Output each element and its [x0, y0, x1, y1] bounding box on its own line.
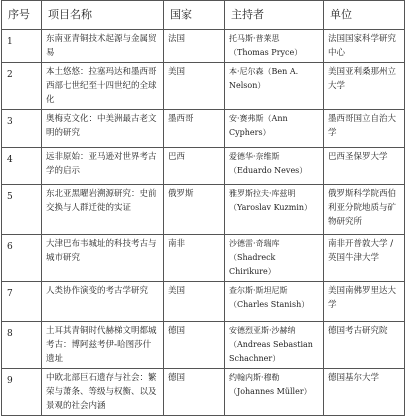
- cell-host: 爱德华·奈维斯（Eduardo Neves）: [225, 148, 324, 185]
- cell-project: 人类协作演变的考古学研究: [42, 282, 164, 322]
- cell-no: 5: [2, 185, 42, 235]
- cell-unit: 巴西圣保罗大学: [324, 148, 405, 185]
- cell-no: 4: [2, 148, 42, 185]
- cell-host: 本·尼尔森（Ben A. Nelson）: [225, 63, 324, 110]
- table-row: 4 远非原始：亚马逊对世界考古学的启示 巴西 爱德华·奈维斯（Eduardo N…: [2, 148, 405, 185]
- cell-host: 雅罗斯拉夫·库兹明（Yaroslav Kuzmin）: [225, 185, 324, 235]
- cell-host: 安·赛弗斯（Ann Cyphers）: [225, 110, 324, 148]
- cell-project: 大津巴布韦城址的科技考古与城市研究: [42, 235, 164, 282]
- header-country: 国家: [164, 1, 225, 30]
- cell-no: 3: [2, 110, 42, 148]
- cell-host: 查尔斯·斯坦尼斯（Charles Stanish）: [225, 282, 324, 322]
- cell-country: 美国: [164, 282, 225, 322]
- cell-project: 东北亚黑曜岩溯源研究：史前交换与人群迁徙的实证: [42, 185, 164, 235]
- cell-project: 奥梅克文化：中美洲最古老文明的研究: [42, 110, 164, 148]
- cell-no: 1: [2, 30, 42, 63]
- cell-project: 本土悠悠：拉塞玛达和墨西哥西部七世纪至十四世纪的全球化: [42, 63, 164, 110]
- cell-host: 托马斯·普莱思（Thomas Pryce）: [225, 30, 324, 63]
- cell-unit: 美国亚利桑那州立大学: [324, 63, 405, 110]
- cell-country: 南非: [164, 235, 225, 282]
- cell-no: 8: [2, 322, 42, 360]
- header-unit: 单位: [324, 1, 405, 30]
- cell-unit: 南非开普敦大学 / 英国牛津大学: [324, 235, 405, 282]
- cell-country: 巴西: [164, 148, 225, 185]
- cell-host: 安德烈亚斯·沙赫纳（Andreas Sebastian Schachner）: [225, 322, 324, 360]
- cell-country: 墨西哥: [164, 110, 225, 148]
- table-row: 1 东南亚青铜技术起源与金属贸易 法国 托马斯·普莱思（Thomas Pryce…: [2, 30, 405, 63]
- projects-table: 序号 项目名称 国家 主持者 单位 1 东南亚青铜技术起源与金属贸易 法国 托马…: [1, 0, 405, 359]
- header-project: 项目名称: [42, 1, 164, 30]
- cell-unit: 墨西哥国立自治大学: [324, 110, 405, 148]
- cell-project: 土耳其青铜时代赫梯文明都城考古：博阿兹考伊-哈图莎什遗址: [42, 322, 164, 360]
- cell-no: 6: [2, 235, 42, 282]
- header-row: 序号 项目名称 国家 主持者 单位: [2, 1, 405, 30]
- cell-country: 俄罗斯: [164, 185, 225, 235]
- cell-unit: 美国南佛罗里达大学: [324, 282, 405, 322]
- cell-unit: 法国国家科学研究中心: [324, 30, 405, 63]
- cell-unit: 俄罗斯科学院西伯利亚分院地质与矿物研究所: [324, 185, 405, 235]
- cell-project: 东南亚青铜技术起源与金属贸易: [42, 30, 164, 63]
- cell-host: 沙德雷·奇瑞库（Shadreck Chirikure）: [225, 235, 324, 282]
- table-row: 2 本土悠悠：拉塞玛达和墨西哥西部七世纪至十四世纪的全球化 美国 本·尼尔森（B…: [2, 63, 405, 110]
- header-host: 主持者: [225, 1, 324, 30]
- cell-country: 德国: [164, 322, 225, 360]
- table-row: 8 土耳其青铜时代赫梯文明都城考古：博阿兹考伊-哈图莎什遗址 德国 安德烈亚斯·…: [2, 322, 405, 360]
- table-row: 6 大津巴布韦城址的科技考古与城市研究 南非 沙德雷·奇瑞库（Shadreck …: [2, 235, 405, 282]
- cell-unit: 德国考古研究院: [324, 322, 405, 360]
- table-row: 3 奥梅克文化：中美洲最古老文明的研究 墨西哥 安·赛弗斯（Ann Cypher…: [2, 110, 405, 148]
- table-row: 5 东北亚黑曜岩溯源研究：史前交换与人群迁徙的实证 俄罗斯 雅罗斯拉夫·库兹明（…: [2, 185, 405, 235]
- cell-no: 7: [2, 282, 42, 322]
- table-row: 7 人类协作演变的考古学研究 美国 查尔斯·斯坦尼斯（Charles Stani…: [2, 282, 405, 322]
- header-no: 序号: [2, 1, 42, 30]
- cell-country: 美国: [164, 63, 225, 110]
- cell-country: 法国: [164, 30, 225, 63]
- cell-project: 远非原始：亚马逊对世界考古学的启示: [42, 148, 164, 185]
- cell-no: 2: [2, 63, 42, 110]
